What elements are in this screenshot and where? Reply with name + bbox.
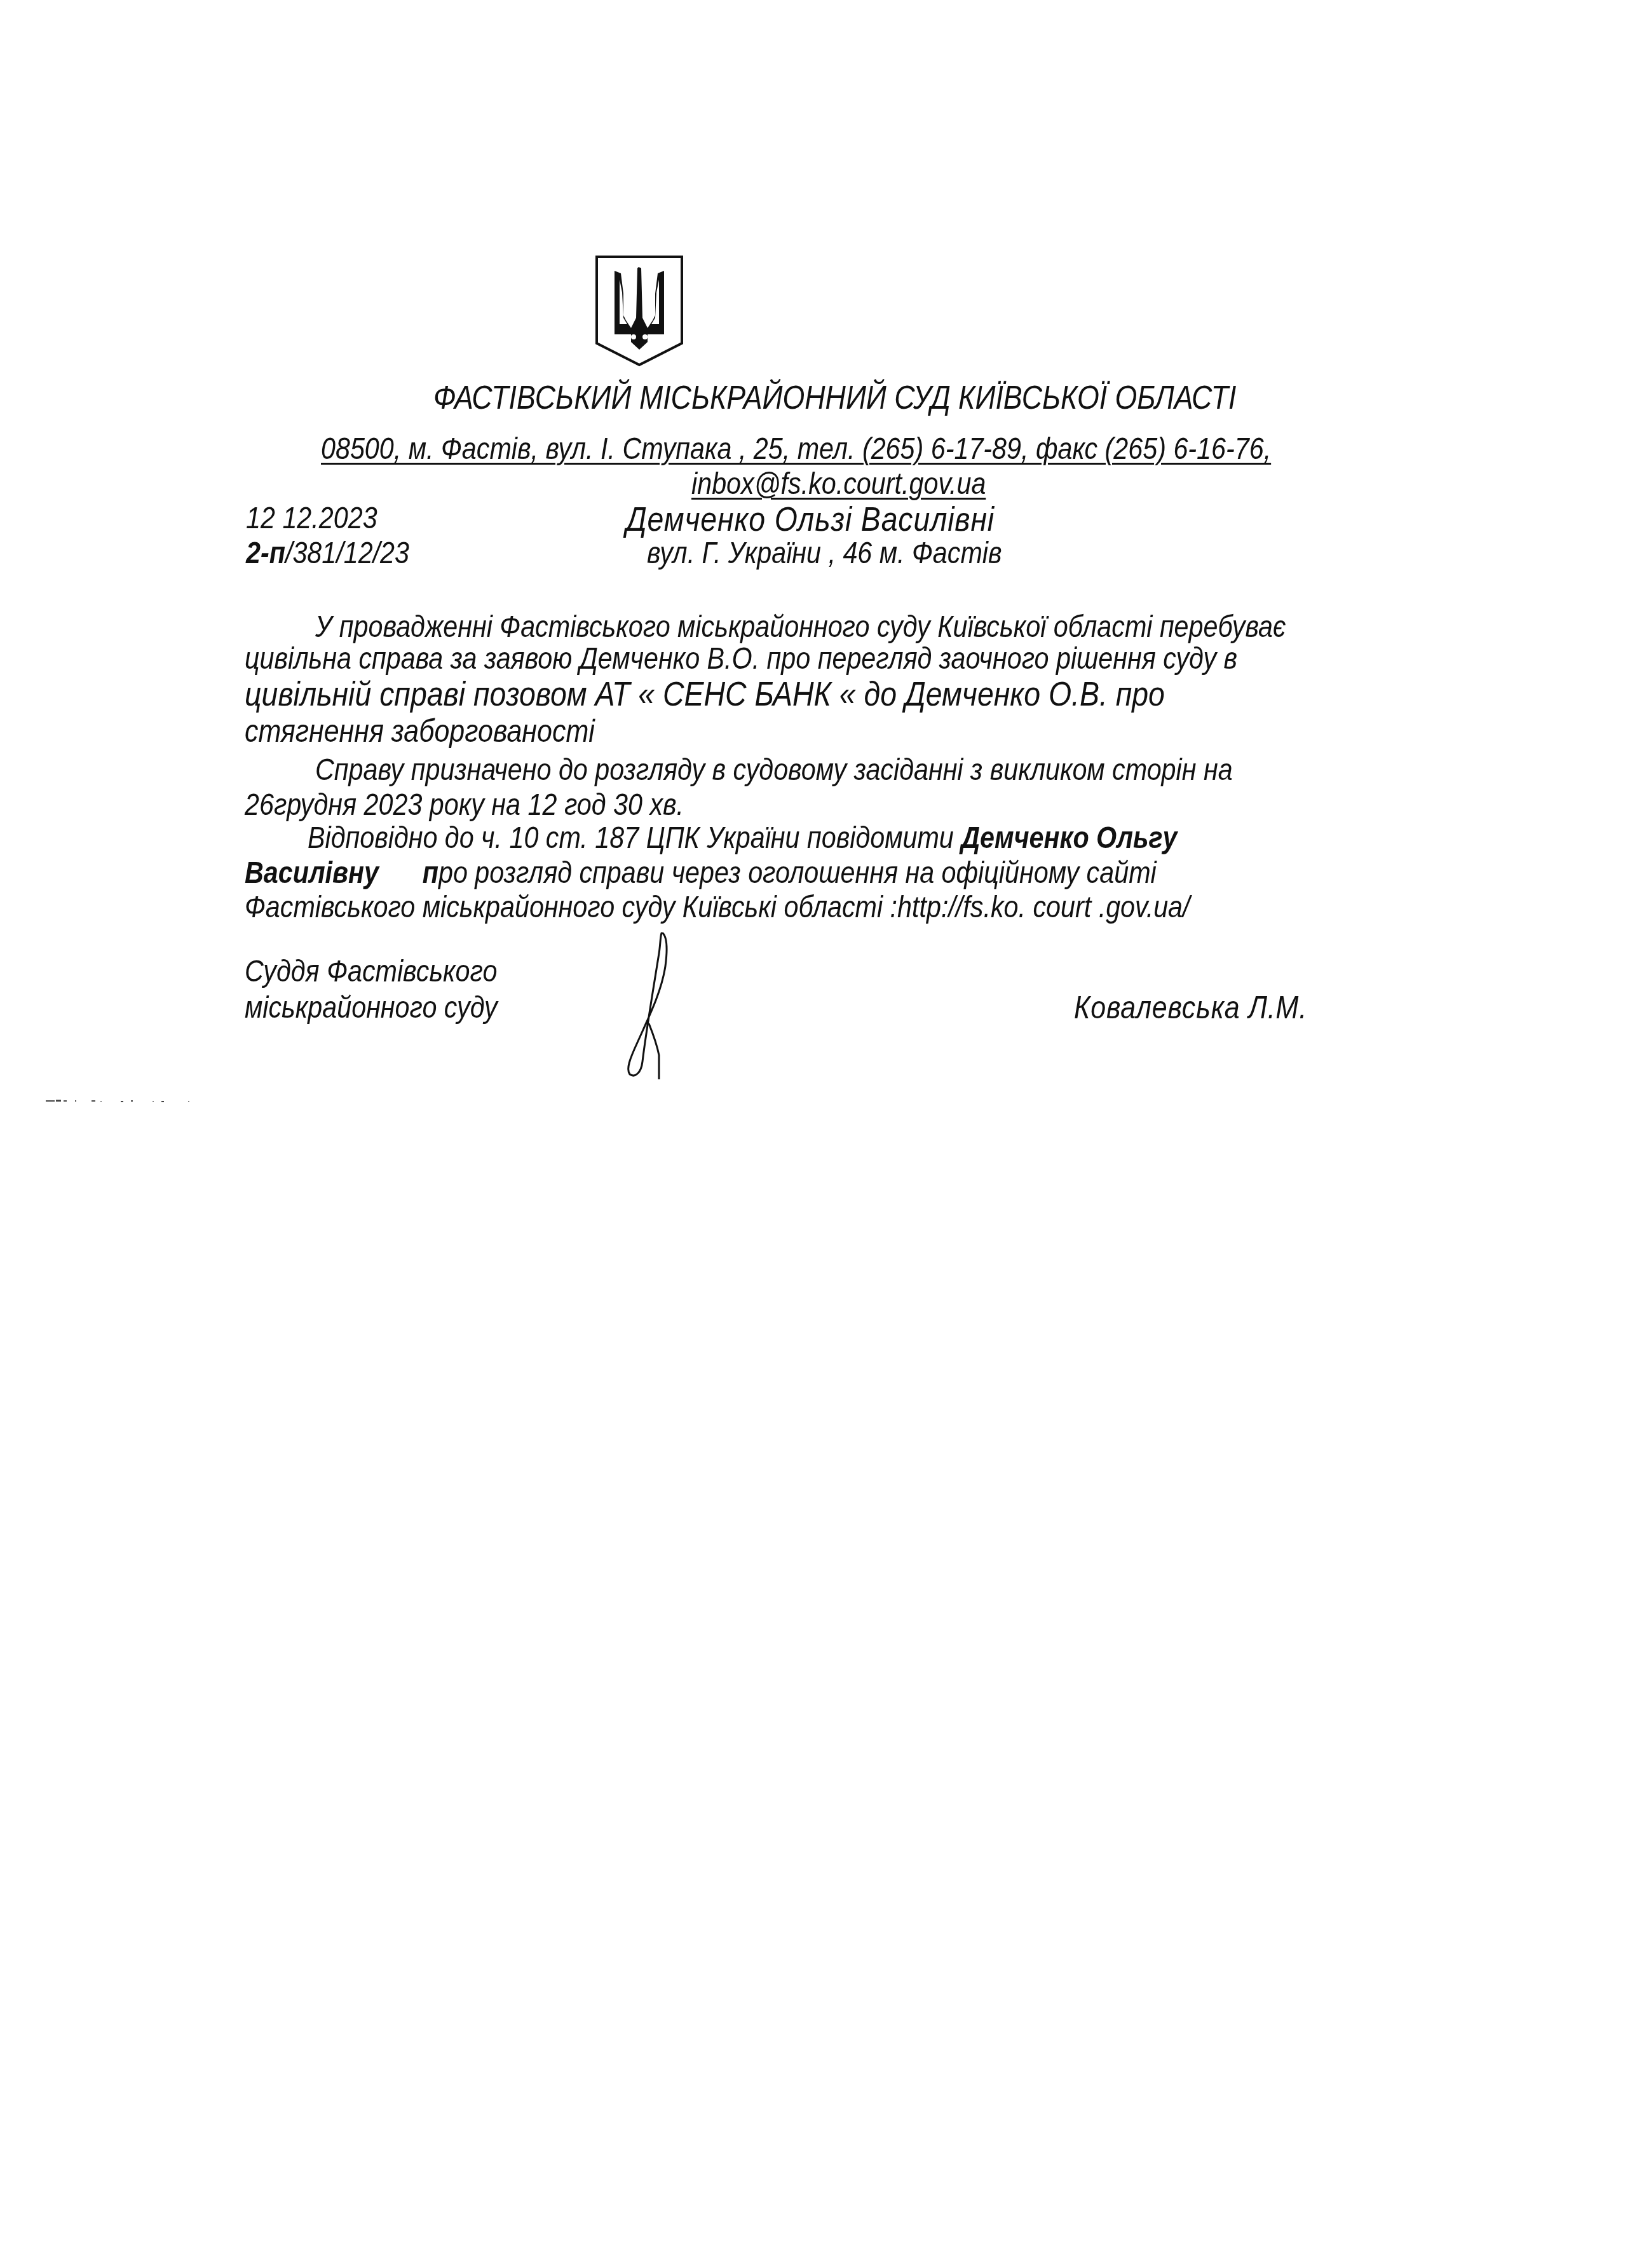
paragraph-1-line-2: цивільна справа за заявою Демченко В.О. … — [245, 644, 1237, 674]
notify-text: Відповідно до ч. 10 ст. 187 ЦПК України … — [308, 821, 961, 855]
handwritten-signature-icon — [588, 928, 689, 1081]
paragraph-1-line-3: цивільній справі позовом АТ « СЕНС БАНК … — [245, 677, 1165, 711]
case-number: 2-п/381/12/23 — [246, 538, 409, 569]
court-name-heading: ФАСТІВСЬКИЙ МІСЬКРАЙОННИЙ СУД КИЇВСЬКОЇ … — [433, 381, 1237, 414]
bold-letter: п — [423, 856, 438, 890]
paragraph-3-line-1: Відповідно до ч. 10 ст. 187 ЦПК України … — [308, 823, 1177, 854]
trident-emblem-icon — [594, 254, 684, 367]
case-number-rest: /381/12/23 — [285, 536, 409, 570]
scan-artifact-marks — [44, 1098, 197, 1103]
paragraph-1-line-1: У провадженні Фастівського міськрайонног… — [315, 612, 1286, 643]
judge-title-line-2: міськрайонного суду — [245, 993, 498, 1023]
paragraph-2-line-1: Справу призначено до розгляду в судовому… — [315, 755, 1233, 786]
paragraph-2-line-2: 26грудня 2023 року на 12 год 30 хв. — [245, 790, 684, 821]
recipient-name: Демченко Ользі Василівні — [626, 502, 995, 536]
paragraph-3-line-3: Фастівського міськрайонного суду Київськ… — [245, 892, 1190, 923]
notify-method-text: ро розгляд справи через оголошення на оф… — [438, 856, 1157, 890]
judge-title-line-1: Суддя Фастівського — [245, 957, 497, 987]
letter-date: 12 12.2023 — [246, 503, 377, 534]
recipient-address: вул. Г. України , 46 м. Фастів — [647, 538, 1002, 569]
court-email-link[interactable]: inbox@fs.ko.court.gov.ua — [691, 469, 986, 500]
paragraph-1-line-4: стягнення заборгованості — [245, 715, 595, 747]
judge-name: Ковалевська Л.М. — [1074, 992, 1307, 1023]
case-number-prefix: 2-п — [246, 536, 285, 570]
paragraph-3-line-2: Василівнупро розгляд справи через оголош… — [245, 858, 1157, 889]
notified-person-name: Демченко Ольгу — [961, 821, 1177, 855]
court-address: 08500, м. Фастів, вул. І. Ступака , 25, … — [321, 434, 1271, 465]
notified-person-patronymic: Василівну — [245, 856, 379, 890]
